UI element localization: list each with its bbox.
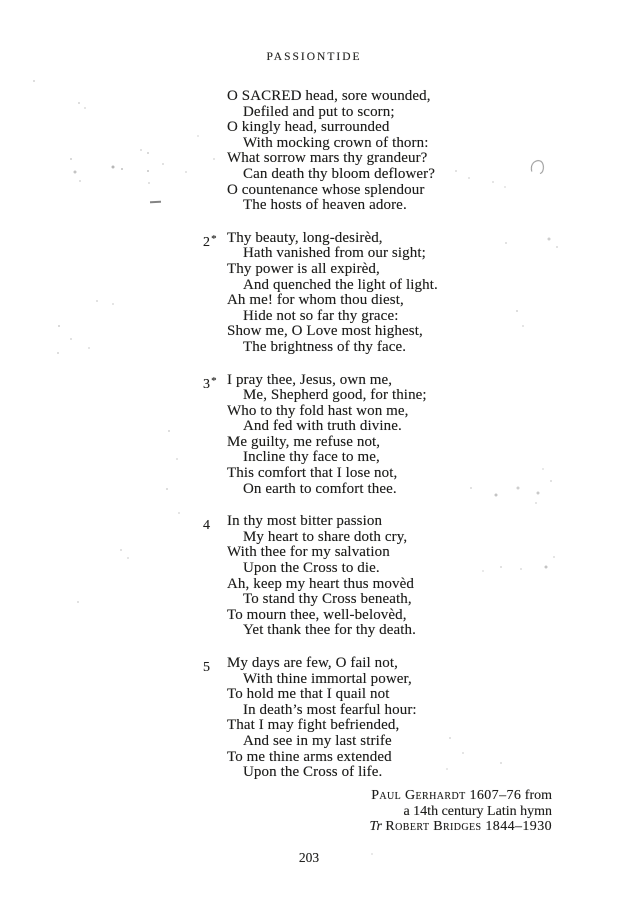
- verse-line: Who to thy fold hast won me,: [227, 404, 438, 420]
- translator-line: Tr Robert Bridges 1844–1930: [369, 819, 552, 835]
- verse-line: And quenched the light of light.: [227, 278, 438, 294]
- stanza-1: O SACRED head, sore wounded, Defiled and…: [227, 89, 438, 214]
- verse-line: Upon the Cross of life.: [227, 765, 438, 781]
- verse-number: 3*: [203, 374, 217, 393]
- verse-line: And fed with truth divine.: [227, 419, 438, 435]
- source-note: a 14th century Latin hymn: [369, 804, 552, 820]
- verse-line: Upon the Cross to die.: [227, 561, 438, 577]
- translator-abbr: Tr: [369, 819, 385, 834]
- verse-line: Show me, O Love most highest,: [227, 324, 438, 340]
- verse-line: That I may fight befriended,: [227, 718, 438, 734]
- verse-line: Yet thank thee for thy death.: [227, 623, 438, 639]
- verse-line: I pray thee, Jesus, own me,: [227, 373, 438, 389]
- verse-number: [203, 90, 204, 109]
- stanza-3: 3* I pray thee, Jesus, own me, Me, Sheph…: [227, 373, 438, 498]
- verse-line: Thy power is all expirèd,: [227, 262, 438, 278]
- verse-line: Incline thy face to me,: [227, 450, 438, 466]
- page-number: 203: [0, 850, 618, 866]
- verse-line: Hath vanished from our sight;: [227, 246, 438, 262]
- scan-artifact-specks: [0, 0, 2, 2]
- verse-line: O countenance whose splendour: [227, 183, 438, 199]
- verse-line: In thy most bitter passion: [227, 514, 438, 530]
- verse-line: With thee for my salvation: [227, 545, 438, 561]
- verse-number: 5: [203, 657, 211, 676]
- hymn-text: O SACRED head, sore wounded, Defiled and…: [227, 89, 438, 781]
- attribution: Paul Gerhardt 1607–76 from a 14th centur…: [369, 788, 552, 835]
- verse-line: Me, Shepherd good, for thine;: [227, 388, 438, 404]
- scan-artifact-dash: [150, 201, 161, 204]
- verse-line: Ah, keep my heart thus movèd: [227, 577, 438, 593]
- stanza-2: 2* Thy beauty, long-desirèd, Hath vanish…: [227, 231, 438, 356]
- verse-line: Can death thy bloom deflower?: [227, 167, 438, 183]
- verse-asterisk: *: [211, 233, 217, 245]
- author-name: Paul Gerhardt 1607–76: [371, 788, 521, 803]
- verse-line: In death’s most fearful hour:: [227, 703, 438, 719]
- verse-line: With thine immortal power,: [227, 672, 438, 688]
- verse-asterisk: *: [211, 375, 217, 387]
- scan-artifact-squiggle: [529, 159, 545, 177]
- stanza-4: 4 In thy most bitter passion My heart to…: [227, 514, 438, 639]
- verse-line: Thy beauty, long-desirèd,: [227, 231, 438, 247]
- author-suffix: from: [521, 788, 552, 803]
- verse-line: Hide not so far thy grace:: [227, 309, 438, 325]
- verse-line: And see in my last strife: [227, 734, 438, 750]
- verse-line: To hold me that I quail not: [227, 687, 438, 703]
- stanza-5: 5 My days are few, O fail not, With thin…: [227, 656, 438, 781]
- verse-number: 4: [203, 515, 211, 534]
- verse-line: To mourn thee, well-belovèd,: [227, 608, 438, 624]
- author-line: Paul Gerhardt 1607–76 from: [369, 788, 552, 804]
- section-header: PASSIONTIDE: [0, 51, 628, 63]
- verse-line: Defiled and put to scorn;: [227, 105, 438, 121]
- verse-line: Ah me! for whom thou diest,: [227, 293, 438, 309]
- verse-line: The hosts of heaven adore.: [227, 198, 438, 214]
- translator-name: Robert Bridges 1844–1930: [385, 819, 552, 834]
- verse-line: To stand thy Cross beneath,: [227, 592, 438, 608]
- verse-line: O kingly head, surrounded: [227, 120, 438, 136]
- verse-line: My days are few, O fail not,: [227, 656, 438, 672]
- verse-line: O SACRED head, sore wounded,: [227, 89, 438, 105]
- verse-line: What sorrow mars thy grandeur?: [227, 151, 438, 167]
- verse-line: This comfort that I lose not,: [227, 466, 438, 482]
- verse-line: On earth to comfort thee.: [227, 482, 438, 498]
- verse-line: To me thine arms extended: [227, 750, 438, 766]
- verse-line: My heart to share doth cry,: [227, 530, 438, 546]
- verse-line: The brightness of thy face.: [227, 340, 438, 356]
- hymnal-page: PASSIONTIDE O SACRED head, sore wounded,…: [0, 0, 640, 914]
- verse-line: With mocking crown of thorn:: [227, 136, 438, 152]
- verse-line: Me guilty, me refuse not,: [227, 435, 438, 451]
- verse-number: 2*: [203, 232, 217, 251]
